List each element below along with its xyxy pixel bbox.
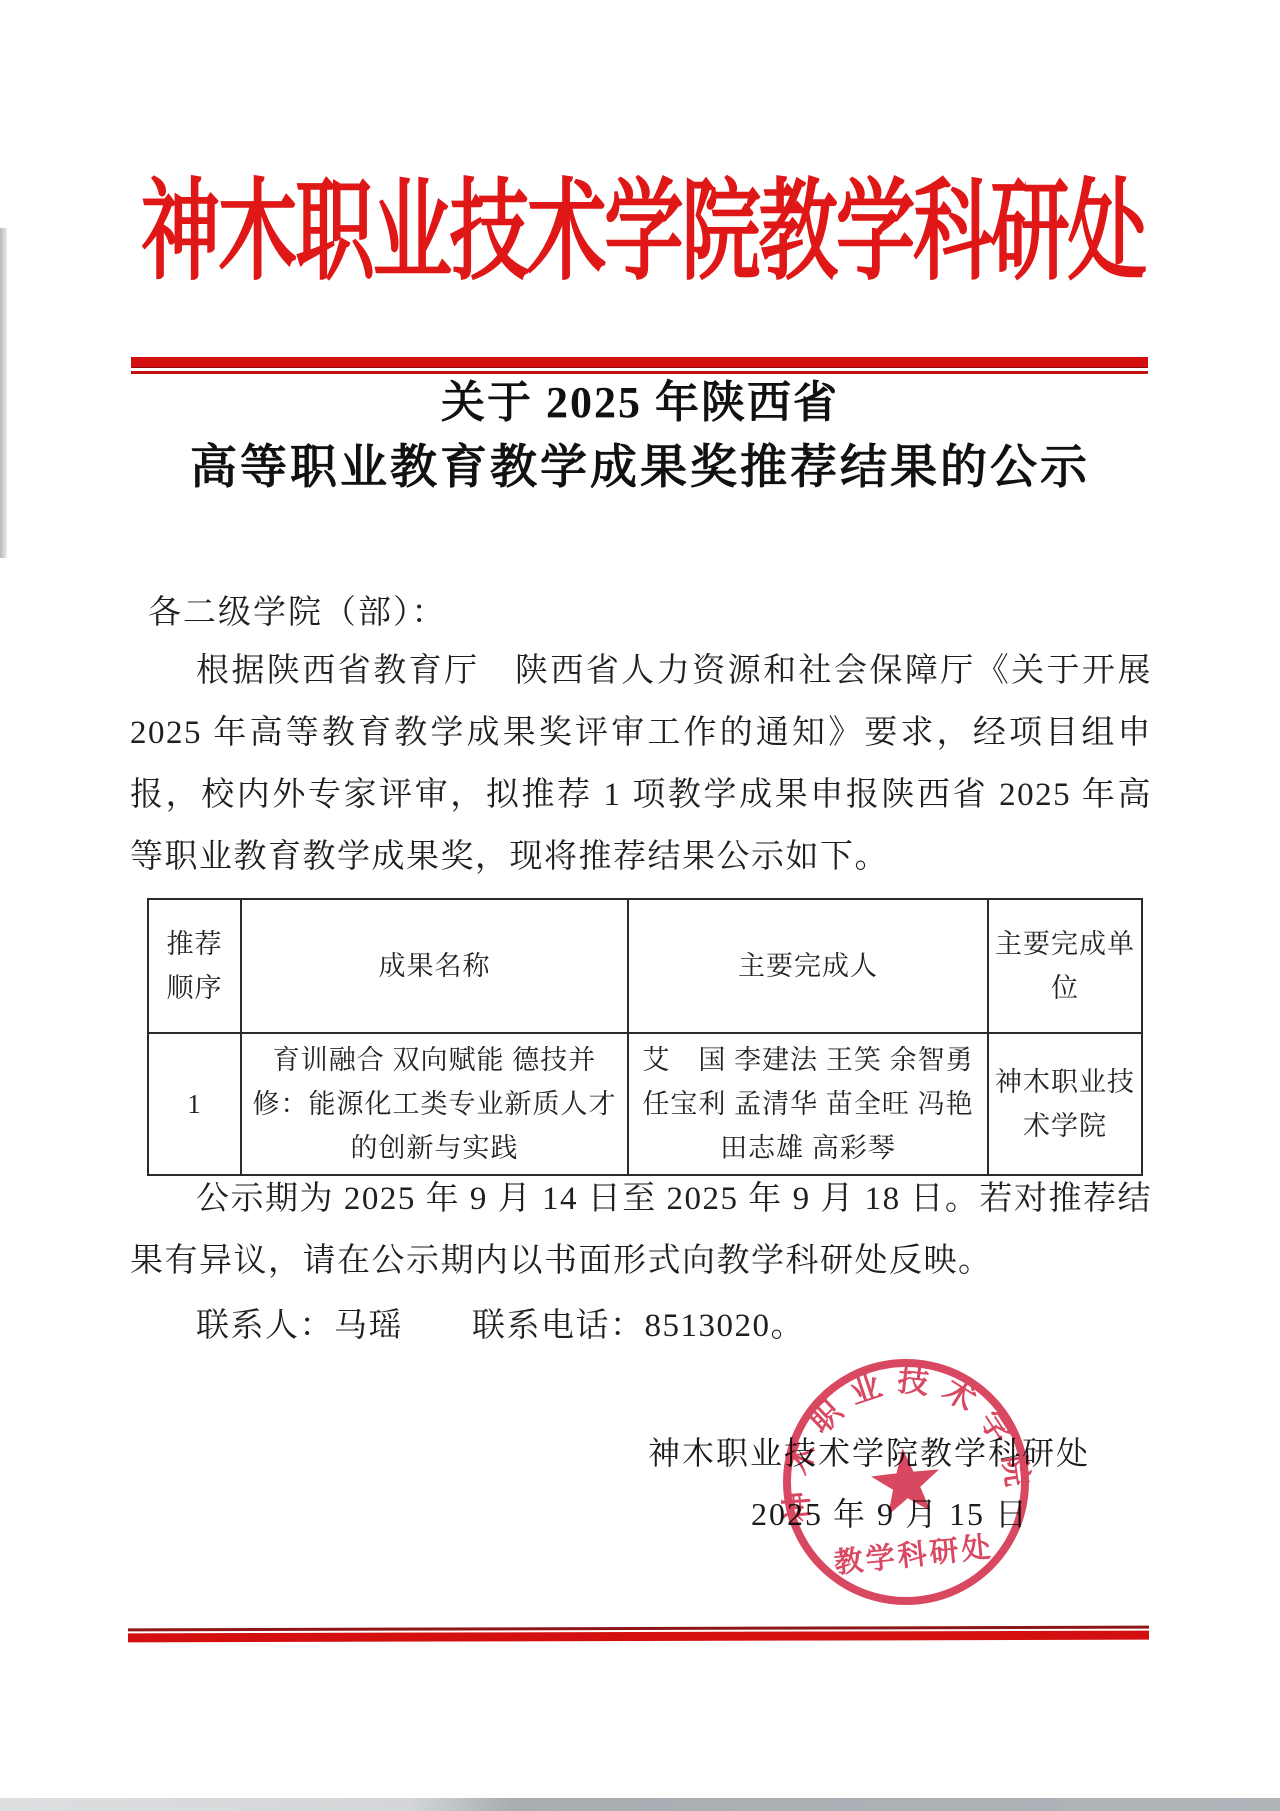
header-contributors: 主要完成人 [628, 899, 988, 1033]
recommendation-table: 推荐顺序 成果名称 主要完成人 主要完成单位 1 育训融合 双向赋能 德技并修：… [147, 898, 1143, 1176]
document-page: 神木职业技术学院教学科研处 关于 2025 年陕西省 高等职业教育教学成果奖推荐… [0, 0, 1280, 1811]
cell-order: 1 [148, 1033, 241, 1175]
document-title-line2: 高等职业教育教学成果奖推荐结果的公示 [0, 430, 1280, 497]
salutation: 各二级学院（部）： [148, 586, 447, 633]
letterhead-title: 神木职业技术学院教学科研处 [141, 144, 1139, 302]
footer-divider [128, 1626, 1149, 1643]
cell-achievement: 育训融合 双向赋能 德技并修：能源化工类专业新质人才的创新与实践 [241, 1033, 628, 1175]
seal-bottom-text: 教学科研处 [832, 1529, 995, 1580]
table-row: 1 育训融合 双向赋能 德技并修：能源化工类专业新质人才的创新与实践 艾 国 李… [148, 1033, 1142, 1175]
official-seal-stamp: 神木职业技术学院 教学科研处 [763, 1339, 1049, 1625]
cell-contributors: 艾 国 李建法 王笑 余智勇 任宝利 孟清华 苗全旺 冯艳 田志雄 高彩琴 [628, 1033, 988, 1175]
body-paragraph-2: 公示期为 2025 年 9 月 14 日至 2025 年 9 月 18 日。若对… [130, 1168, 1152, 1292]
document-title-line1: 关于 2025 年陕西省 [0, 366, 1280, 430]
divider-thick-line [128, 1631, 1149, 1643]
header-unit: 主要完成单位 [988, 899, 1142, 1033]
header-order: 推荐顺序 [148, 899, 241, 1033]
body-paragraph-1: 根据陕西省教育厅 陕西省人力资源和社会保障厅《关于开展 2025 年高等教育教学… [130, 640, 1152, 888]
seal-star-icon [868, 1445, 943, 1517]
cell-unit: 神木职业技术学院 [988, 1033, 1142, 1175]
table-header-row: 推荐顺序 成果名称 主要完成人 主要完成单位 [148, 899, 1142, 1033]
scan-edge-artifact-bottom [0, 1798, 1280, 1811]
header-achievement: 成果名称 [241, 899, 628, 1033]
